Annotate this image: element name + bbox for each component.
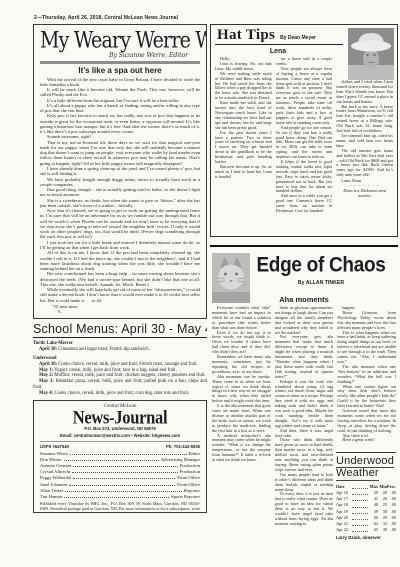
- paragraph: Those who think differently have given u…: [275, 438, 334, 472]
- weather-title-line2: Weather: [336, 468, 379, 480]
- school-menus-headline: School Menus: April 30 - May 4: [33, 322, 207, 338]
- school-menus-section: School Menus: April 30 - May 4 Turtle La…: [33, 322, 207, 396]
- paragraph: The aha moment when one “hits bottom” in…: [337, 365, 396, 385]
- paragraph: I just took her out for a little break a…: [40, 240, 200, 251]
- menu-item: May 4: Cooks choice, cereal, milk, juice…: [33, 391, 207, 396]
- paragraph: That is my not-so-fictional life these d…: [40, 140, 200, 166]
- paragraph: A medical researcher’s aha moment may co…: [212, 434, 271, 463]
- cowboy-hat-portrait-graphic: [348, 28, 394, 80]
- dot-leader: [73, 478, 175, 479]
- text-column-2: for a horse sale in a couple weeks.Now p…: [276, 57, 333, 229]
- paragraph: For the past dozen years I have a patter…: [215, 131, 272, 165]
- weather-prec: .00: [387, 527, 396, 533]
- dot-leader: [352, 527, 368, 532]
- paragraph: When one cannot figure out why their kid…: [337, 385, 396, 410]
- paragraph: Joe trimmed him up, oiled his mane, and …: [336, 134, 393, 149]
- staff-row: Tim Hansen Sports Reporter: [40, 494, 200, 500]
- text-column-3: dollars and I cried when Carm turned dow…: [336, 57, 393, 229]
- paragraph: dollars and I cried when Carm turned dow…: [336, 80, 393, 105]
- newspaper-page: 2—Thursday, April 26, 2018, Central McLe…: [0, 0, 400, 567]
- paragraph: Remember, we have many aha moments, some…: [212, 355, 271, 375]
- hat-tips-header: Hat Tips By Dean Meyer: [215, 27, 343, 45]
- paragraph: Have a great week!: [337, 438, 396, 443]
- dot-leader: [70, 454, 187, 455]
- dot-leader: [64, 497, 169, 498]
- weather-date: Apr 22: [336, 527, 351, 533]
- dot-leader: [69, 485, 175, 486]
- paragraph: Grierson noted that most aha moments com…: [337, 409, 396, 434]
- menu-day-label: April 30:: [39, 362, 57, 367]
- weather-rows: Apr 16 39 20 .00 Apr 17 41 26 .00: [336, 490, 396, 534]
- underwood-weather-block: Underwood Weather Date Max Min Prec. Apr…: [336, 452, 396, 566]
- hat-tips-title: Hat Tips: [217, 28, 275, 43]
- columnist-photo-dean-meyer: [348, 28, 394, 80]
- dot-leader: [352, 509, 368, 514]
- menu-text: Yogurt, cereal, milk, juice and fruit; t…: [54, 368, 177, 373]
- menu-text: Cooks choice, cereal, milk, juice and fr…: [54, 391, 189, 396]
- hat-tips-subhead: Lena: [215, 48, 341, 55]
- weary-werre-world-column-box: My Weary Werre World By Suzanne Werre, E…: [33, 24, 207, 319]
- menu-text: Cooks choice, cereal, milk, juice and fr…: [58, 362, 197, 367]
- newspaper-title: News-Journal: [40, 409, 200, 427]
- weather-observer-credit: Larry Dziuk, observer: [336, 535, 396, 540]
- paragraph: It helps if the horse is good looking, s…: [276, 160, 333, 194]
- menu-day-label: May 2:: [39, 373, 53, 378]
- hat-tips-byline: By Dean Meyer: [280, 35, 316, 41]
- staff-name: Tim Hansen: [40, 494, 62, 500]
- column-body-text: With the arrival of the new royal baby i…: [40, 77, 200, 303]
- paragraph: Bruce Grierson, from Psychology Today, w…: [337, 311, 396, 331]
- paragraph: One good thing, though – she is actually…: [40, 187, 200, 198]
- hat-tips-column-box: Hat Tips By Dean Meyer Lena Hello,Lena i…: [210, 24, 398, 237]
- edge-of-chaos-title: Edge of Chaos: [210, 254, 398, 278]
- paragraph: It is the aha moments that great cures a…: [212, 404, 271, 433]
- newspaper-contact: Email: centralmclean@westriv.com • Websi…: [40, 433, 200, 438]
- paragraph: Perhaps it was the cook who wondered abo…: [275, 380, 334, 429]
- paragraph: And people go for one reason. To see if …: [276, 126, 333, 160]
- paragraph: We have probably bought enough doggy min…: [40, 177, 200, 188]
- paragraph: Aha moments can be sneaky. These come to…: [212, 375, 271, 404]
- paragraph: But now her time is up. So, as much as I…: [215, 165, 272, 180]
- edge-of-chaos-section: Edge of Chaos By ALLAN TINKER Aha moment…: [210, 245, 398, 567]
- menu-item: May 3: Breakfast pizza, cereal, milk, ju…: [33, 379, 207, 391]
- paragraph: It’s all about a puppy who has a knack o…: [40, 103, 200, 114]
- paragraph: Now that it’s thawed, we’re going to get…: [40, 208, 200, 240]
- column-signature: S.: [40, 309, 200, 314]
- menu-text: Muffins, cereal, milk, juice and fruit; …: [54, 373, 205, 378]
- text-column-1: Hello,Lena is leaving. No, not that Lena…: [215, 57, 272, 229]
- usps-phone-row: USPS #647540 Ph: 701-442-5535: [40, 441, 200, 449]
- weather-min: 38: [378, 527, 387, 533]
- dot-leader: [352, 515, 368, 520]
- paragraph: This is what happens when we have a bad …: [337, 331, 396, 365]
- text-column-1: Everyone wonders what “aha” moments have…: [212, 306, 271, 554]
- phone-number: Ph: 701-442-5535: [166, 444, 200, 449]
- column-paragraphs: dollars and I cried when Carm turned dow…: [336, 80, 393, 178]
- column-masthead-title: My Weary Werre World: [40, 30, 200, 52]
- masthead-rule: [40, 61, 200, 64]
- dot-leader: [72, 472, 178, 473]
- dot-leader: [352, 496, 368, 501]
- dot-leader: [352, 521, 368, 526]
- paragraph: Now people are always leery of buying a …: [276, 67, 333, 126]
- weather-title: Underwood Weather: [336, 456, 396, 481]
- columnist-tagline: Dean is a Dickinson area rancher.: [336, 188, 393, 198]
- paragraph: To every idea, it is just its time that …: [275, 492, 334, 526]
- paragraph: With the arrival of the new royal baby i…: [40, 77, 200, 88]
- paragraph: All of this is on me, I know that. If th…: [40, 250, 200, 271]
- dot-leader: [352, 502, 368, 507]
- menu-day-label: May 4:: [39, 391, 53, 396]
- paragraph: Russ made her solid, and she turned into…: [215, 101, 272, 130]
- hat-tips-columns: Hello,Lena is leaving. No, not that Lena…: [215, 57, 393, 229]
- paragraph: Everyone wonders what “aha” moments have…: [212, 306, 271, 331]
- menu-items: April 30: Cinnamon and sugar toast; Fren…: [33, 347, 207, 353]
- paragraph: While eventually she will hopefully get …: [40, 287, 200, 303]
- column-headline: It’s like a spa out here: [40, 66, 200, 75]
- staff-list: Suzanne Werre Editor Don Winter Advertis…: [40, 451, 200, 501]
- weather-row: Apr 22 65 38 .00: [336, 527, 396, 533]
- paragraph: The old rancher gets home and hollers at…: [336, 149, 393, 178]
- menu-item: April 30: Cinnamon and sugar toast; Fren…: [33, 347, 207, 353]
- dot-leader: [64, 460, 159, 461]
- menu-section-turtle-lake-mercer: Turtle Lake-Mercer April 30: Cinnamon an…: [33, 341, 207, 353]
- dot-leader: [352, 490, 368, 495]
- paragraph: She is a sweetheart, no doubt, but when …: [40, 198, 200, 209]
- paragraph: But back to my story. A horse trader fro…: [336, 105, 393, 134]
- paragraph: Kitty poo is her favorite to snack on, b…: [40, 113, 200, 134]
- page-folio: 2—Thursday, April 26, 2018, Central McLe…: [34, 15, 178, 21]
- menu-items: April 30: Cooks choice, cereal, milk, ju…: [33, 362, 207, 396]
- weather-table: Date Max Min Prec. Apr 16 39 20 .00: [336, 484, 396, 541]
- staff-role: Sports Reporter: [171, 494, 200, 500]
- dot-leader: [352, 484, 368, 489]
- text-column-3: happen.Bruce Grierson, from Psychology T…: [337, 306, 396, 446]
- paragraph: I have already done a spring clean-up of…: [40, 166, 200, 177]
- newspaper-masthead-box: Central McLean News-Journal P.O. Box 573…: [33, 400, 207, 513]
- paragraph: Her new crate/kennel has been a huge hel…: [40, 271, 200, 287]
- school-menus-body: Turtle Lake-Mercer April 30: Cinnamon an…: [33, 341, 207, 396]
- weather-divider: [336, 452, 396, 453]
- paragraph: It will be much like a favorite old, Win…: [40, 87, 200, 98]
- dot-leader: [65, 491, 182, 492]
- paragraph: Even if we do not say it in those words,…: [212, 331, 271, 356]
- menu-section-underwood: Underwood April 30: Cooks choice, cereal…: [33, 356, 207, 396]
- menu-text: Cinnamon and sugar toast; French dip san…: [58, 347, 150, 352]
- paragraph: Not everyone gets aha moments that make …: [275, 335, 334, 379]
- dot-leader: [73, 466, 178, 467]
- paragraph: Too many people tend to look at other’s …: [275, 473, 334, 493]
- weather-max: 65: [369, 527, 378, 533]
- menu-text: Breakfast pizza, cereal, milk, juice and…: [33, 379, 207, 390]
- paragraph: think as glorious opportunities, not thi…: [275, 306, 334, 335]
- menu-day-label: May 1:: [39, 368, 53, 373]
- paragraph: We were trailing cattle north of Killdee…: [215, 72, 272, 101]
- usps-number: USPS #647540: [40, 444, 69, 449]
- menu-day-label: May 3:: [39, 379, 54, 384]
- menu-day-label: April 30:: [39, 347, 57, 352]
- paragraph: And once in a while you get a good one. …: [276, 194, 333, 214]
- publication-notice: Published every Thursday by BHG, Inc., P…: [40, 502, 200, 513]
- text-column-2: think as glorious opportunities, not thi…: [275, 306, 334, 554]
